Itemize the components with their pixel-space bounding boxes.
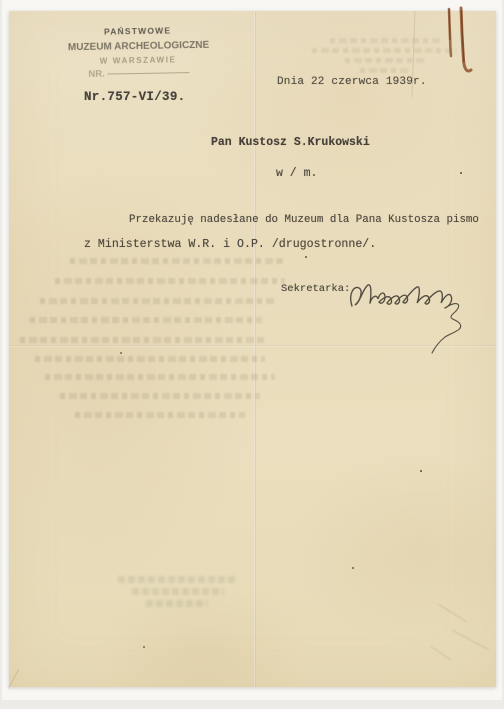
body-line-2: z Ministerstwa W.R. i O.P. /drugostronne… bbox=[84, 238, 376, 251]
verso-letterhead-bleedthrough-line bbox=[345, 58, 425, 63]
stamp-line-w-warszawie: W WARSZAWIE bbox=[68, 55, 208, 66]
verso-stamp-bleedthrough-line bbox=[132, 588, 224, 595]
paper-speck bbox=[305, 256, 307, 258]
stamp-nr-blank-rule bbox=[108, 72, 190, 74]
paper-speck bbox=[460, 172, 462, 174]
verso-stamp-bleedthrough-line bbox=[118, 576, 238, 583]
verso-text-bleedthrough-line bbox=[55, 278, 285, 284]
scanned-letter-page: { "document": { "stamp": { "line1": "PAŃ… bbox=[0, 0, 504, 709]
museum-rubber-stamp: PAŃSTWOWE MUZEUM ARCHEOLOGICZNE W WARSZA… bbox=[68, 25, 209, 80]
verso-text-bleedthrough-line bbox=[30, 317, 262, 323]
signature-handwriting bbox=[338, 276, 483, 361]
paper-speck bbox=[120, 352, 122, 354]
stamp-nr-label: NR. bbox=[88, 69, 105, 80]
verso-text-bleedthrough-line bbox=[75, 412, 245, 418]
verso-text-bleedthrough-line bbox=[45, 374, 275, 380]
verso-stamp-bleedthrough-line bbox=[146, 600, 208, 607]
verso-text-bleedthrough-line bbox=[35, 356, 265, 362]
verso-text-bleedthrough-line bbox=[60, 393, 260, 399]
verso-letterhead-bleedthrough-line bbox=[360, 68, 410, 73]
verso-letterhead-bleedthrough-line bbox=[312, 48, 457, 53]
recipient-line: Pan Kustosz S.Krukowski bbox=[211, 136, 370, 149]
stamp-line-panstwowe: PAŃSTWOWE bbox=[68, 25, 208, 37]
paper-speck bbox=[420, 470, 422, 472]
stamp-line-muzeum-archeologiczne: MUZEUM ARCHEOLOGICZNE bbox=[68, 40, 208, 53]
body-line-1: Przekazuję nadesłane do Muzeum dla Pana … bbox=[129, 214, 479, 226]
delivery-note: w / m. bbox=[276, 167, 317, 180]
paper-speck bbox=[352, 567, 354, 569]
reference-number: Nr.757-VI/39. bbox=[84, 90, 185, 104]
verso-text-bleedthrough-line bbox=[40, 298, 275, 304]
verso-text-bleedthrough-line bbox=[20, 337, 265, 343]
verso-text-bleedthrough-line bbox=[70, 258, 285, 264]
date-line: Dnia 22 czerwca 1939r. bbox=[277, 76, 427, 88]
paper-speck bbox=[143, 646, 145, 648]
verso-letterhead-bleedthrough-line bbox=[330, 38, 440, 43]
